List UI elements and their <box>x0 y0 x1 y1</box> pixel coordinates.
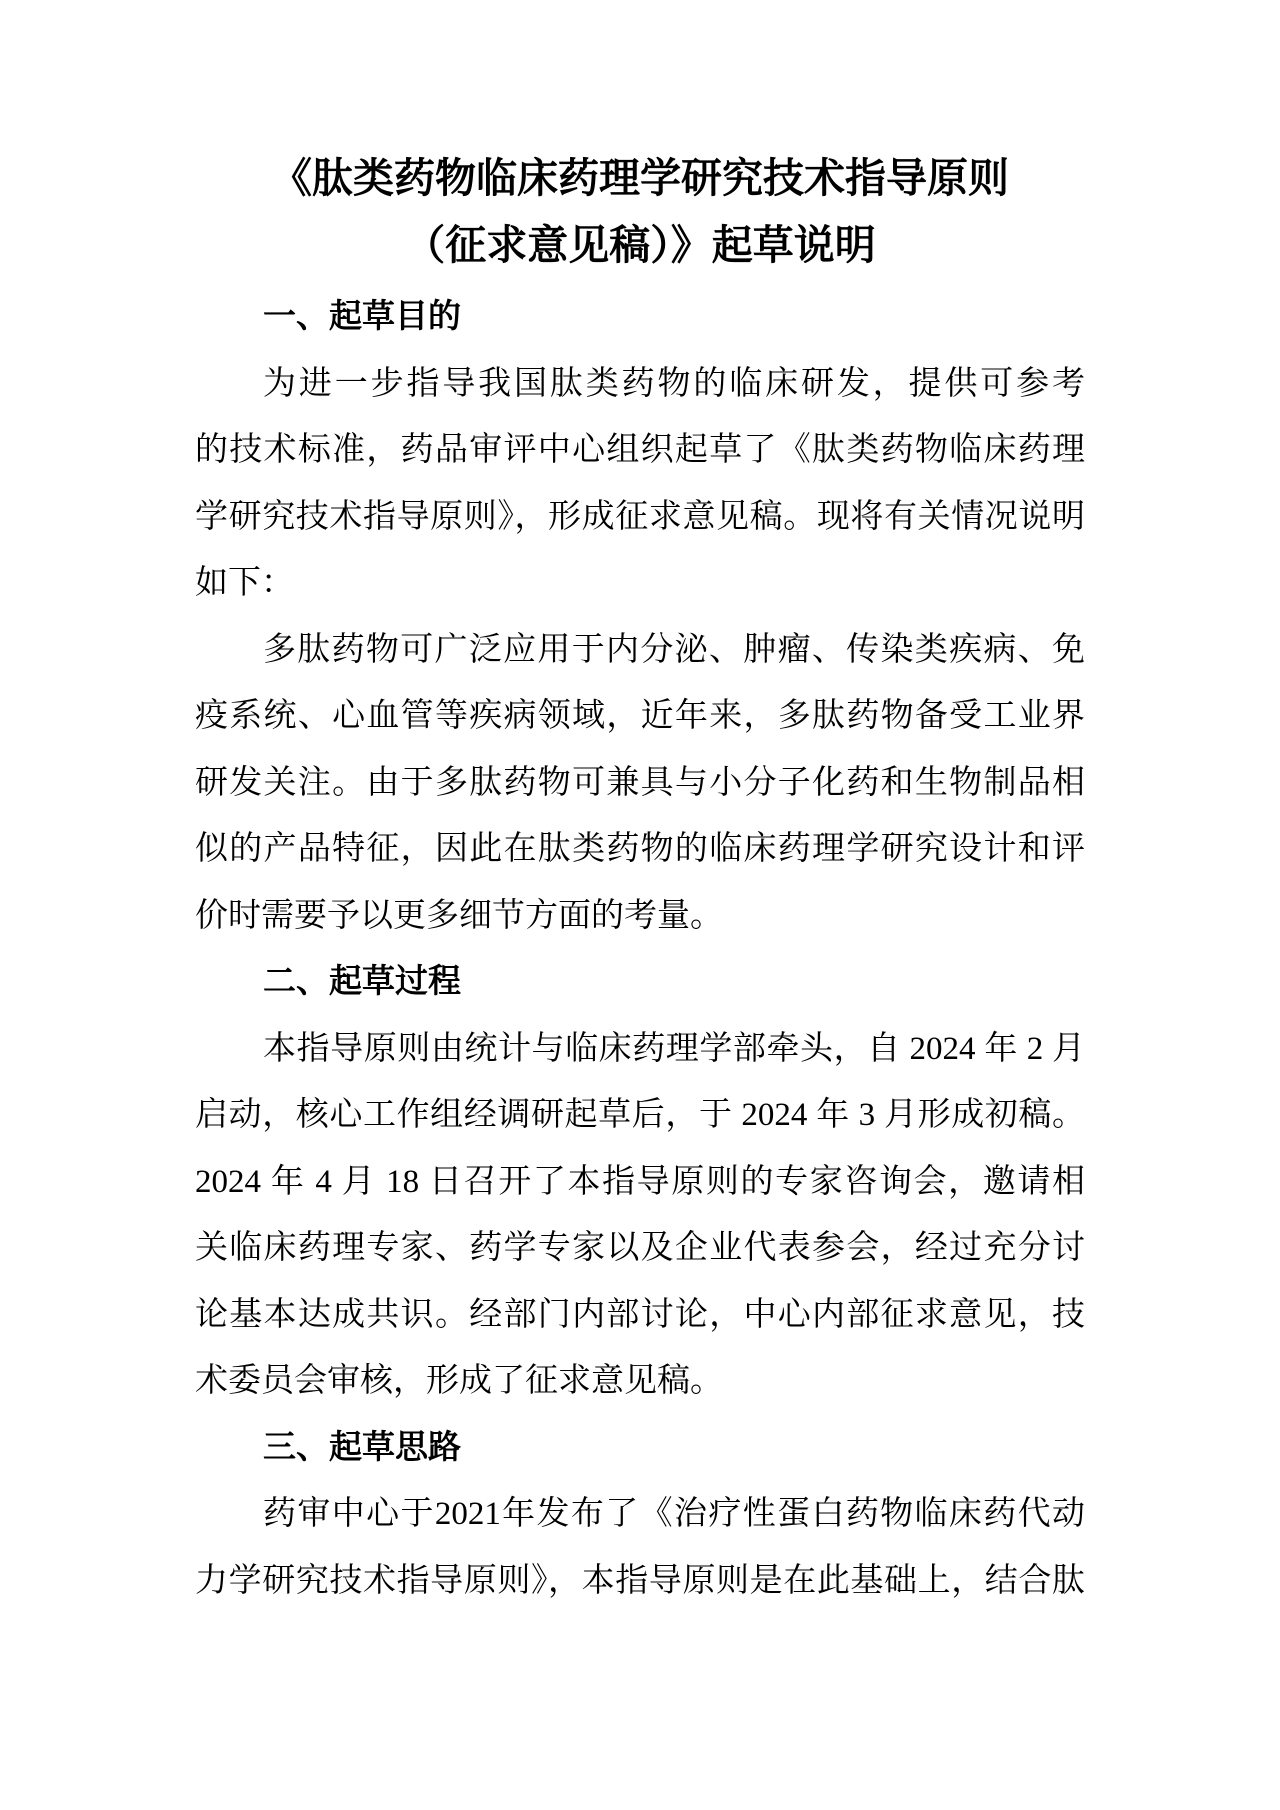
body-line: 为进一步指导我国肽类药物的临床研发，提供可参考 <box>195 351 1085 418</box>
document-title: 《肽类药物临床药理学研究技术指导原则 （征求意见稿）》起草说明 <box>195 145 1085 279</box>
body-line: 如下： <box>195 550 1085 617</box>
section-heading: 二、起草过程 <box>195 949 1085 1016</box>
document-page: 《肽类药物临床药理学研究技术指导原则 （征求意见稿）》起草说明 一、起草目的为进… <box>0 0 1280 1810</box>
body-line: 论基本达成共识。经部门内部讨论，中心内部征求意见，技 <box>195 1282 1085 1349</box>
body-line: 力学研究技术指导原则》，本指导原则是在此基础上，结合肽 <box>195 1548 1085 1615</box>
body-line: 多肽药物可广泛应用于内分泌、肿瘤、传染类疾病、免 <box>195 617 1085 684</box>
body-line: 疫系统、心血管等疾病领域，近年来，多肽药物备受工业界 <box>195 683 1085 750</box>
body-line: 关临床药理专家、药学专家以及企业代表参会，经过充分讨 <box>195 1215 1085 1282</box>
body-line: 2024 年 4 月 18 日召开了本指导原则的专家咨询会，邀请相 <box>195 1149 1085 1216</box>
body-line: 的技术标准，药品审评中心组织起草了《肽类药物临床药理 <box>195 417 1085 484</box>
body-line: 本指导原则由统计与临床药理学部牵头，自 2024 年 2 月 <box>195 1016 1085 1083</box>
document-title-line-2: （征求意见稿）》起草说明 <box>195 212 1085 279</box>
document-body: 一、起草目的为进一步指导我国肽类药物的临床研发，提供可参考的技术标准，药品审评中… <box>195 284 1085 1614</box>
body-line: 似的产品特征，因此在肽类药物的临床药理学研究设计和评 <box>195 816 1085 883</box>
body-line: 药审中心于2021年发布了《治疗性蛋白药物临床药代动 <box>195 1481 1085 1548</box>
body-line: 价时需要予以更多细节方面的考量。 <box>195 883 1085 950</box>
section-heading: 一、起草目的 <box>195 284 1085 351</box>
section-heading: 三、起草思路 <box>195 1415 1085 1482</box>
body-line: 学研究技术指导原则》，形成征求意见稿。现将有关情况说明 <box>195 484 1085 551</box>
body-line: 启动，核心工作组经调研起草后，于 2024 年 3 月形成初稿。 <box>195 1082 1085 1149</box>
document-title-line-1: 《肽类药物临床药理学研究技术指导原则 <box>195 145 1085 212</box>
body-line: 术委员会审核，形成了征求意见稿。 <box>195 1348 1085 1415</box>
body-line: 研发关注。由于多肽药物可兼具与小分子化药和生物制品相 <box>195 750 1085 817</box>
